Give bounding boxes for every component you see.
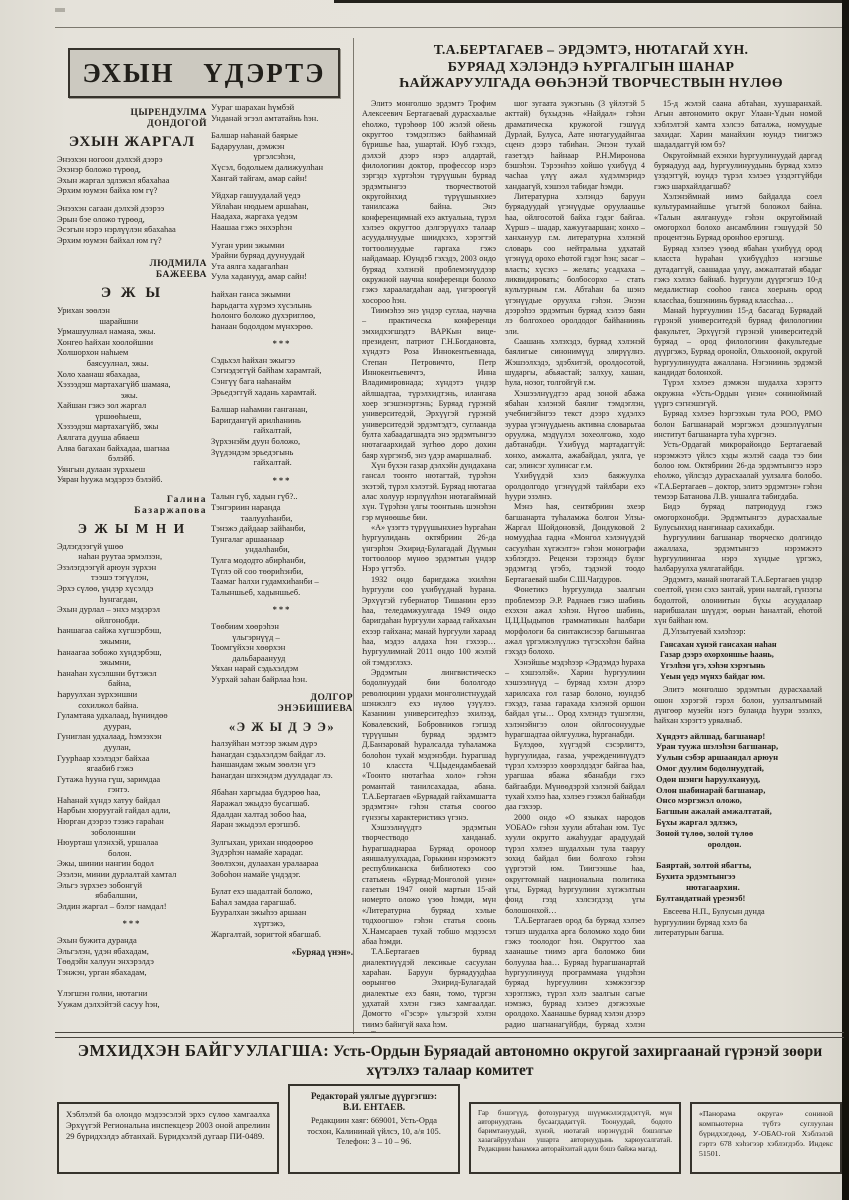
- article-paragraph-group: Элитэ монголшо эрдэмтын дурасхаалай ошон…: [654, 685, 822, 726]
- article-paragraph: Һургуулиин багшанар творческо долгиндо а…: [654, 533, 822, 574]
- dedication-poem: Хүндэтэ айлшад, багшанар! Уран туужа шэл…: [656, 731, 822, 904]
- bottom-section-rule: [55, 1032, 844, 1038]
- organizer-label: ЭМХИДХЭН БАЙГУУЛАГША:: [78, 1041, 329, 1060]
- poem-stanza: Эдлэгдээгүй үшөө наһан руутаа эрмэлзэн, …: [57, 541, 207, 912]
- footer-box-editor: Редакторай уялгые дүүргэгшэ: В.И. ЕНТАЕВ…: [288, 1084, 460, 1174]
- poem-stanza: Сэдьхэл һайхан эжыгээ Сэгнэдэггүй байһам…: [211, 355, 353, 397]
- poem-column-right: Уураг шарахан һүмбэй Унданай эгээл амтат…: [211, 102, 353, 1034]
- poem-column-left: ЦЫРЕНДУЛМА ДОНДОГОЙ ЭХЫН ЖАРГАЛ Энээхэн …: [57, 102, 207, 1034]
- article-paragraph: Саашань хэлэхэдэ, буряад хэлэнэй баялигы…: [505, 337, 645, 389]
- footer-box-registration: Хэблэлэй ба олондо мэдээсэлэй эрхэ сүлөө…: [57, 1102, 279, 1174]
- stars-separator: ***: [211, 604, 353, 615]
- article-paragraph: 1932 ондо баригдажа эхилһэн hургуули соо…: [362, 575, 496, 668]
- poem-stanza: Урихан зөөлэн шарайшни Урмашуулнал намая…: [57, 305, 207, 485]
- article-paragraph: Литературна хэлэндэ баруун буряадуудай ү…: [505, 192, 645, 337]
- article-paragraph: Округоймнай ехэнхи hургуулинуудай даргад…: [654, 151, 822, 192]
- article-paragraph: 2000 ондо «О языках народов УОБАО» гэһэн…: [505, 813, 645, 916]
- poem-stanza: Уйдхар гашуудалай үедэ Уйлаһан нюдыем ар…: [211, 190, 353, 232]
- poem-title: ЭХЫН ЖАРГАЛ: [57, 137, 207, 148]
- article-paragraph: Д.Улзытуевай хэлэһээр:: [654, 627, 822, 637]
- poetry-section-title-box: ЭХЫН ҮДЭРТЭ: [68, 48, 340, 98]
- footer-boxes: Хэблэлэй ба олондо мэдээсэлэй эрхэ сүлөө…: [57, 1078, 843, 1174]
- poem-stanza: Булат ехэ шадалтай боложо, Баһал замдаа …: [211, 886, 353, 939]
- article-paragraph: Усть-Ордагай микрорайондо Бертагаевай нэ…: [654, 440, 822, 502]
- right-edge-scan-bar: [842, 0, 849, 1200]
- poem-source-credit: «Буряад үнэн».: [211, 947, 353, 958]
- article-paragraph: Манай hургуулиин 15-д басагад Буряадай г…: [654, 306, 822, 378]
- article-paragraph: Т.А.Бертагаев буряад диалектнүүдэй лекси…: [362, 947, 496, 1030]
- article-paragraph: Бидэ буряад патриодууд гэжэ омогорхонобд…: [654, 502, 822, 533]
- article-paragraph: Т.А.Бертагаев ород ба буряад хэлэеэ тэгш…: [505, 916, 645, 1033]
- section-divider-rule: [353, 38, 354, 1034]
- poetry-section-title: ЭХЫН ҮДЭРТЭ: [83, 58, 326, 89]
- article-paragraph: Буряад хэлэеэ һэргээхын тула РОО, РМО бо…: [654, 409, 822, 440]
- poem-stanza: Эхын бужита дуранда Эльгэлэн, үдэн ябаха…: [57, 935, 207, 1009]
- article-column-3: 15-д жэлэй саана абтаһан, хуушаранхай. А…: [654, 99, 822, 1033]
- poem-quote: Гансахан хүнэй гансахан наһан Газар дээр…: [660, 640, 822, 682]
- top-edge-scan-artifact: [334, 0, 842, 3]
- article-title: Т.А.БЕРТАГАЕВ – ЭРДЭМТЭ, НЮТАГАЙ ХҮН. БУ…: [360, 42, 822, 92]
- article-paragraph: шог зугаата зүжэгынь (3 үйлэтэй 5 акттай…: [505, 99, 645, 192]
- article-paragraph: Хэшээлнүүдтээ арад зоной абажа ябаһан хэ…: [505, 389, 645, 472]
- article-paragraph: 15-д жэлэй саана абтаһан, хуушаранхай. А…: [654, 99, 822, 151]
- article-paragraph: Эрдэмтын лингвистическэ бодолнуудай бии …: [362, 668, 496, 823]
- poem-stanza: Һалзуйһан мэтээр эжым дүрэ Һанагдан сэдь…: [211, 738, 353, 780]
- poet-name: Галина Базаржапова: [57, 495, 207, 517]
- footer-box-manuscripts-note: Гар бэшэгүүд, фотозурагууд шүүмжэлэгдэдэ…: [469, 1102, 681, 1174]
- newspaper-page: { "poetry": { "box_title": "ЭХЫН ҮДЭРТЭ"…: [0, 0, 849, 1200]
- footer-box-printing-info: «Панорама округа» сониной компьютерна тү…: [690, 1102, 842, 1174]
- poem-stanza: Балшар наһанай баярые Бадаруулан, дэмжэн…: [211, 130, 353, 183]
- poet-name: ЦЫРЕНДУЛМА ДОНДОГОЙ: [57, 108, 207, 130]
- stars-separator: ***: [211, 338, 353, 349]
- poem-title: «Э Ж Ы Д Э Э»: [211, 722, 353, 733]
- article-paragraph: Тиимэһээ энэ үндэр суглаа, научна – прак…: [362, 306, 496, 461]
- article-paragraph: Хэлэнэймнай иимэ байдалда соел культурам…: [654, 192, 822, 244]
- article-paragraph: Элитэ монголшо эрдэмтэ Трофим Алексеевич…: [362, 99, 496, 306]
- poem-title: Э Ж Ы М Н И: [57, 524, 207, 535]
- article-column-1: Элитэ монголшо эрдэмтэ Трофим Алексеевич…: [362, 99, 496, 1033]
- organizer-text: Усть-Ордын Буряадай автономно округой за…: [333, 1043, 822, 1079]
- poem-stanza: Төөбиим хөөрэһэн үльгэрнүүд – Тоомгүйхэн…: [211, 621, 353, 685]
- stars-separator: ***: [57, 918, 207, 929]
- article-paragraph: Хүн бүхэн газар дэлхэйн дундахана гансал…: [362, 461, 496, 523]
- article-paragraph: Үхибүүдэй хэлэ баяжуулха оролдолгодо үгэ…: [505, 471, 645, 502]
- article-paragraph-group: 15-д жэлэй саана абтаһан, хуушаранхай. А…: [654, 99, 822, 637]
- article-paragraph: Буряад хэлэеэ үзөөд ябаһан үхибүүд ород …: [654, 244, 822, 306]
- article-paragraph: Хэшээлнүүдтэ эрдэмтын творчестводо ханда…: [362, 823, 496, 947]
- article-paragraph: «А» үзэгтэ түрүүшынхиеэ һургаһан hургуул…: [362, 523, 496, 575]
- article-author-signature: Евсеева Н.П., Булусын дунда hургуулиин б…: [654, 907, 822, 938]
- article-paragraph: Мэнэ һая, сентябриин эхеэр багшанарта ту…: [505, 502, 645, 585]
- article-column-2: шог зугаата зүжэгынь (3 үйлэтэй 5 акттай…: [505, 99, 645, 1033]
- poem-stanza: Талын гүб, хадын гүб?.. Тэнгэриин наранд…: [211, 491, 353, 597]
- article-paragraph: Фонетикэ һургуулида заалгын проблемээр Э…: [505, 585, 645, 657]
- poem-stanza: Уураг шарахан һүмбэй Унданай эгээл амтат…: [211, 102, 353, 123]
- scan-mark-artifact: [55, 8, 65, 12]
- poem-stanza: Ууган урин эжымни Урайни буряад дуунууда…: [211, 240, 353, 282]
- editorial-address: Редакциин хаяг: 669001, Усть-Орда тосхон…: [297, 1116, 451, 1148]
- article-paragraph: Хэнэйшье мэдэһээр «Эрдэмдэ hураха – хэшэ…: [505, 658, 645, 741]
- organizer-banner: ЭМХИДХЭН БАЙГУУЛАГША: Усть-Ордын Буряада…: [57, 1042, 843, 1080]
- poet-name: ЛЮДМИЛА БАЖЕЕВА: [57, 259, 207, 281]
- poem-title: Э Ж Ы: [57, 288, 207, 299]
- stars-separator: ***: [211, 475, 353, 486]
- poem-stanza: Энээхэн ногоон дэлхэй дээрэ Эхэнэр болож…: [57, 154, 207, 196]
- poem-stanza: Зулгыхан, урихан нюдөөрөө Зүдэрһэн намай…: [211, 837, 353, 879]
- article-paragraph: Түрэл хэлэеэ дэмжэн шудалха хэрэгтэ окру…: [654, 378, 822, 409]
- poet-name: ДОЛГОР ЭНЭБИШИЕВА: [211, 693, 353, 715]
- article-body: Элитэ монголшо эрдэмтэ Трофим Алексеевич…: [362, 99, 822, 1033]
- article-paragraph: Бүлэдөө, хүүгэдэй сэсэрлигтэ, hургуулида…: [505, 740, 645, 812]
- poem-stanza: Ябаһан харгыдаа бүдэрөө һаа, Яаражал эжы…: [211, 787, 353, 829]
- page-background: ЭХЫН ҮДЭРТЭ ЦЫРЕНДУЛМА ДОНДОГОЙ ЭХЫН ЖАР…: [0, 0, 849, 1200]
- poem-stanza: Энээхэн сагаан дэлхэй дээрээ Эрын бэе ол…: [57, 203, 207, 245]
- poem-stanza: Һайхан ганса эжымни Һарьдагта хүрэмэ хүс…: [211, 289, 353, 331]
- article-paragraph: Элитэ монголшо эрдэмтын дурасхаалай ошон…: [654, 685, 822, 726]
- article-paragraph: Эрдэмтэ, манай нютагай Т.А.Бертагаев үнд…: [654, 575, 822, 627]
- editor-duty-label: Редакторай уялгые дүүргэгшэ:: [297, 1091, 451, 1102]
- editor-name: В.И. ЕНТАЕВ.: [297, 1102, 451, 1114]
- top-rule: [55, 27, 844, 28]
- poem-stanza: Балшар наһамни ганганан, Баригдангүй ари…: [211, 404, 353, 468]
